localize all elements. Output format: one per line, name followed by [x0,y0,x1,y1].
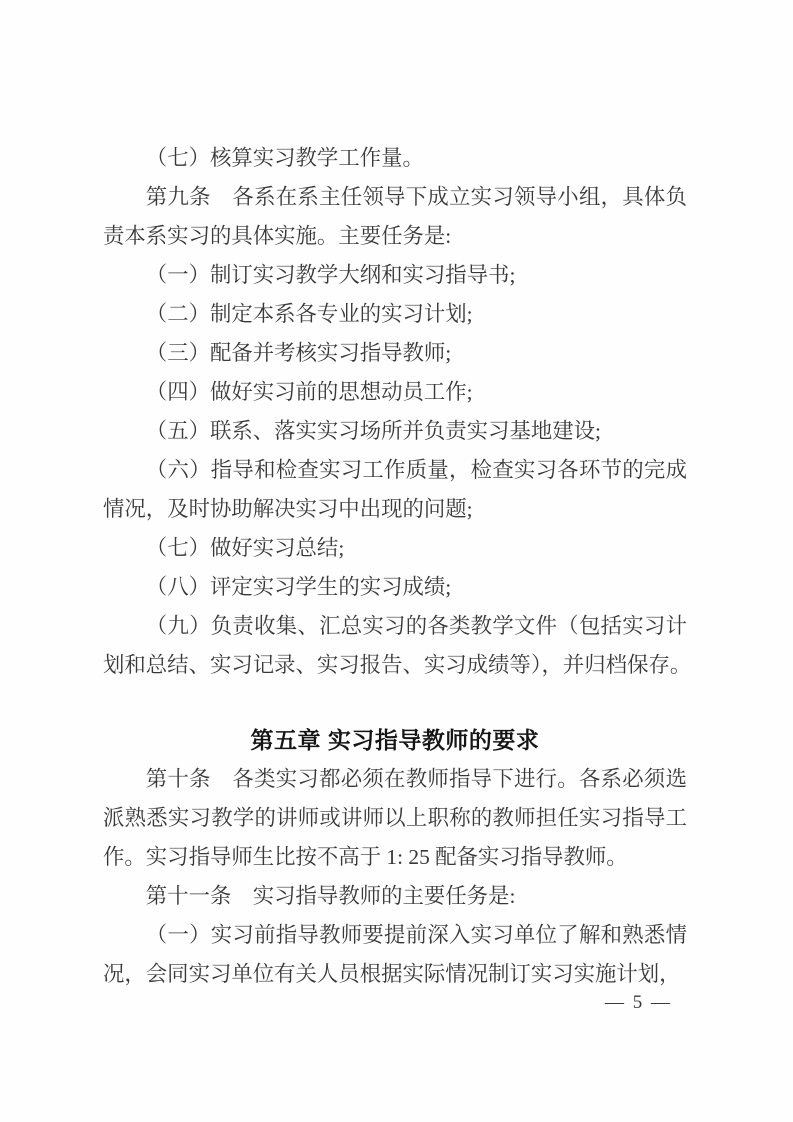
document-body: （七）核算实习教学工作量。第九条 各系在系主任领导下成立实习领导小组，具体负责本… [103,139,687,994]
document-line: 划和总结、实习记录、实习报告、实习成绩等），并归档保存。 [103,646,687,685]
document-page: （七）核算实习教学工作量。第九条 各系在系主任领导下成立实习领导小组，具体负责本… [0,0,793,1122]
document-line: （六）指导和检查实习工作质量，检查实习各环节的完成 [103,451,687,490]
document-line: （一）实习前指导教师要提前深入实习单位了解和熟悉情 [103,916,687,955]
document-line: 第十条 各类实习都必须在教师指导下进行。各系必须选 [103,760,687,799]
document-line: （五）联系、落实实习场所并负责实习基地建设; [103,412,687,451]
document-line: （八）评定实习学生的实习成绩; [103,568,687,607]
chapter-heading: 第五章 实习指导教师的要求 [103,720,687,760]
document-line: 况，会同实习单位有关人员根据实际情况制订实习实施计划， [103,955,687,994]
document-line: 第九条 各系在系主任领导下成立实习领导小组，具体负 [103,178,687,217]
document-line: 作。实习指导师生比按不高于 1: 25 配备实习指导教师。 [103,838,687,877]
document-line: （二）制定本系各专业的实习计划; [103,295,687,334]
document-line: 责本系实习的具体实施。主要任务是: [103,217,687,256]
document-line: 情况，及时协助解决实习中出现的问题; [103,490,687,529]
document-line: （一）制订实习教学大纲和实习指导书; [103,256,687,295]
page-number: — 5 — [605,992,672,1014]
document-line: （七）核算实习教学工作量。 [103,139,687,178]
document-line: （四）做好实习前的思想动员工作; [103,373,687,412]
document-line: （七）做好实习总结; [103,529,687,568]
document-line: （九）负责收集、汇总实习的各类教学文件（包括实习计 [103,607,687,646]
document-line: 第十一条 实习指导教师的主要任务是: [103,877,687,916]
document-line: 派熟悉实习教学的讲师或讲师以上职称的教师担任实习指导工 [103,799,687,838]
document-line: （三）配备并考核实习指导教师; [103,334,687,373]
